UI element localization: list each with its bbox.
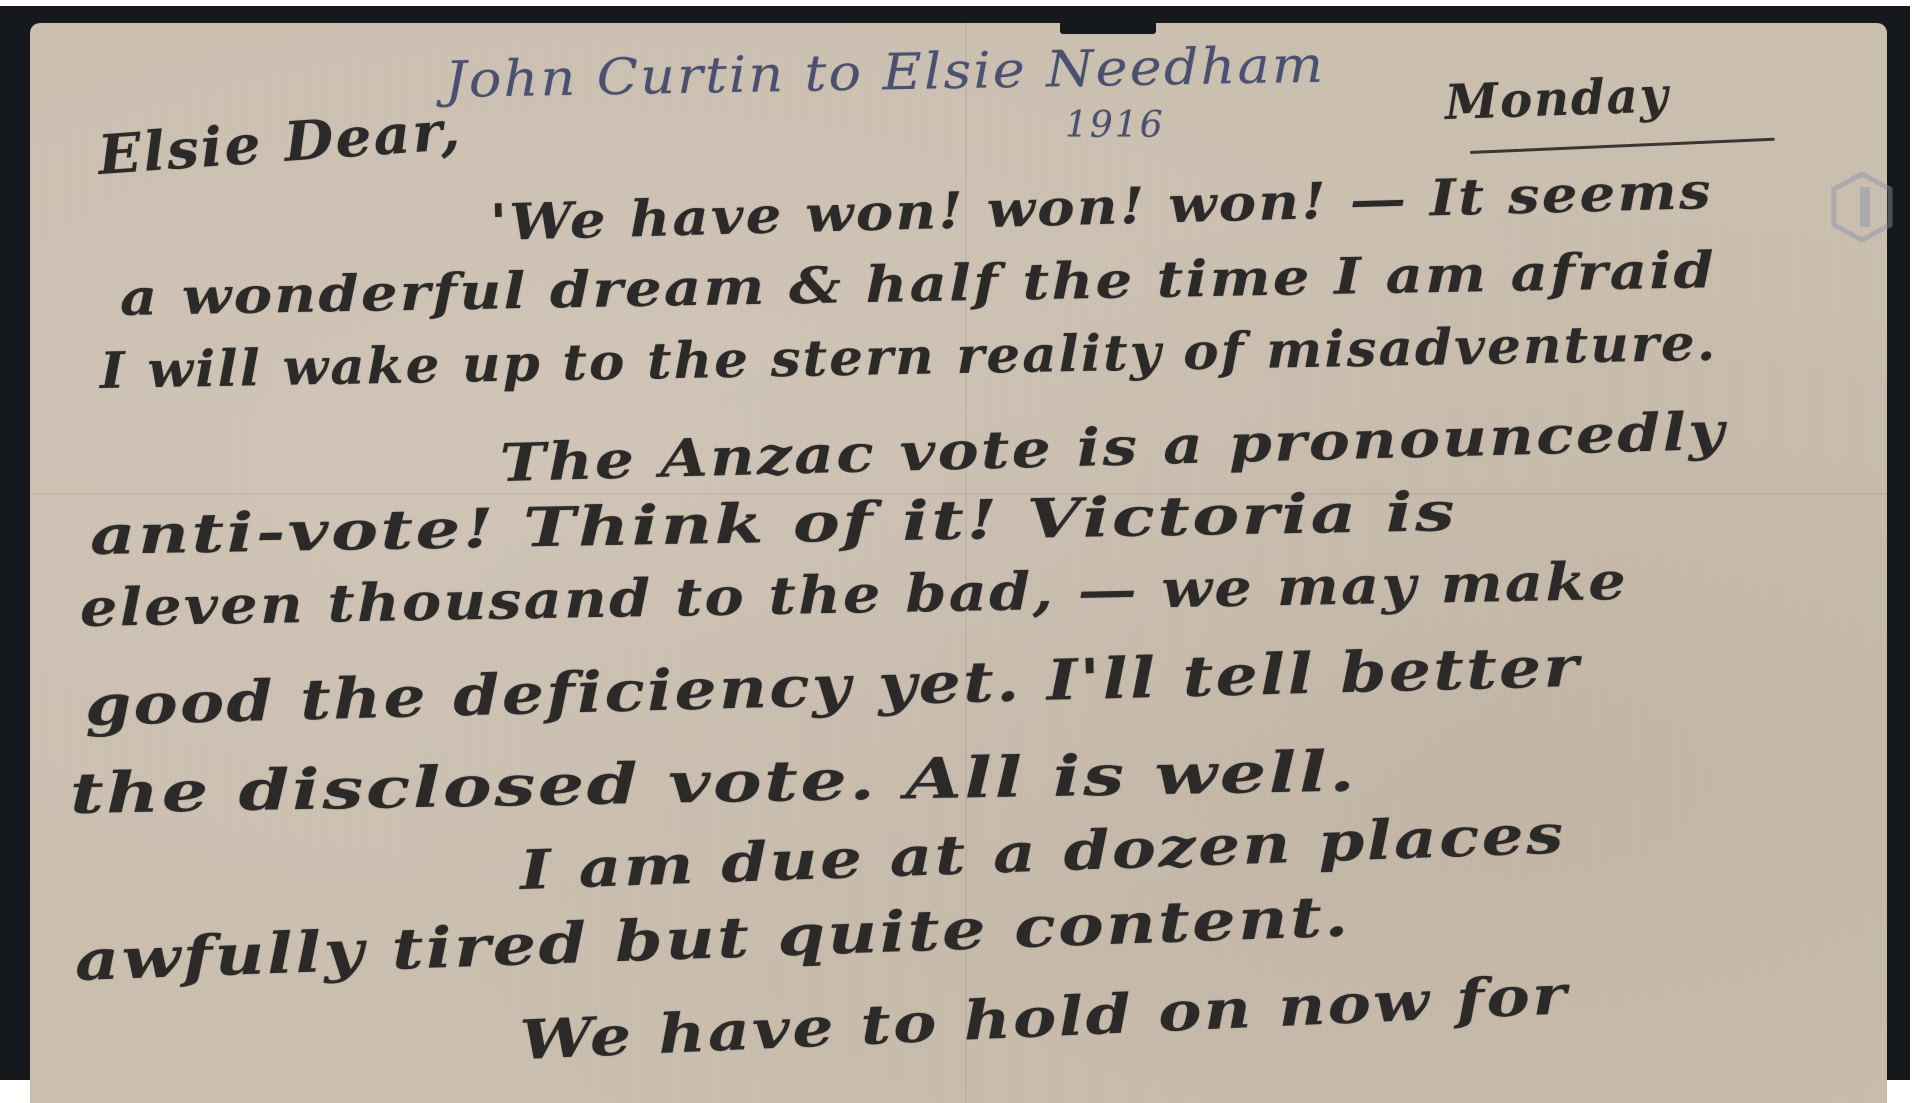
letter-line: awfully tired but quite content. <box>74 883 1352 993</box>
letter-line: I am due at a dozen places <box>519 802 1567 902</box>
letter-line: a wonderful dream & half the time I am a… <box>119 240 1716 327</box>
letter-line: We have to hold on now for <box>519 962 1570 1072</box>
archive-stamp-icon <box>1830 171 1894 243</box>
letter-line: good the deficiency yet. I'll tell bette… <box>84 634 1581 739</box>
letter-line: the disclosed vote. All is well. <box>69 739 1357 827</box>
letter-paper: John Curtin to Elsie Needham 1916 Monday… <box>30 23 1887 1080</box>
letter-line: 'We have won! won! won! — It seems <box>489 161 1713 252</box>
dateline: Monday <box>1444 67 1670 131</box>
dateline-underline <box>1470 138 1775 154</box>
salutation: Elsie Dear, <box>96 98 464 187</box>
letter-line: eleven thousand to the bad, — we may mak… <box>79 551 1628 639</box>
annotation-year: 1916 <box>1065 105 1165 146</box>
scan-frame: John Curtin to Elsie Needham 1916 Monday… <box>0 6 1910 1080</box>
annotation-title: John Curtin to Elsie Needham <box>444 36 1325 109</box>
document-viewer: John Curtin to Elsie Needham 1916 Monday… <box>0 0 1920 1080</box>
letter-line: The Anzac vote is a pronouncedly <box>499 401 1727 494</box>
letter-line: I will wake up to the stern reality of m… <box>99 313 1717 400</box>
paper-edge-notch <box>1060 23 1156 34</box>
